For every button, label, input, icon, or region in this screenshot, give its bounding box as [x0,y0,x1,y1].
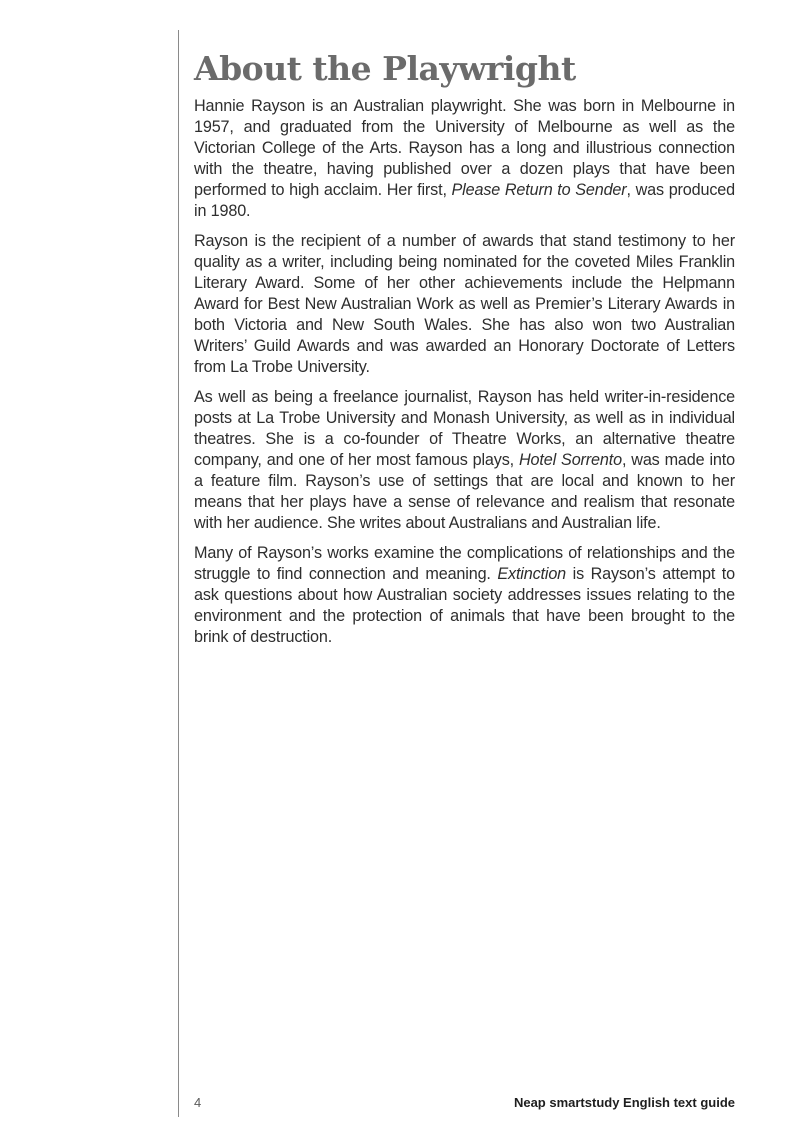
play-title-italic: Please Return to Sender [452,181,627,199]
margin-rule [178,30,179,1117]
paragraph-text: Rayson is the recipient of a number of a… [194,232,735,376]
page-footer: 4 Neap smartstudy English text guide [194,1095,735,1115]
paragraph-biography: Hannie Rayson is an Australian playwrigh… [194,96,735,222]
paragraph-career: As well as being a freelance journalist,… [194,387,735,534]
paragraph-themes: Many of Rayson’s works examine the compl… [194,543,735,648]
publication-title: Neap smartstudy English text guide [514,1095,735,1110]
play-title-italic: Hotel Sorrento [519,451,622,469]
play-title-italic: Extinction [497,565,566,583]
page-title: About the Playwright [194,44,735,94]
paragraph-awards: Rayson is the recipient of a number of a… [194,231,735,378]
page-number: 4 [194,1095,201,1110]
page-content: About the Playwright Hannie Rayson is an… [194,44,735,657]
